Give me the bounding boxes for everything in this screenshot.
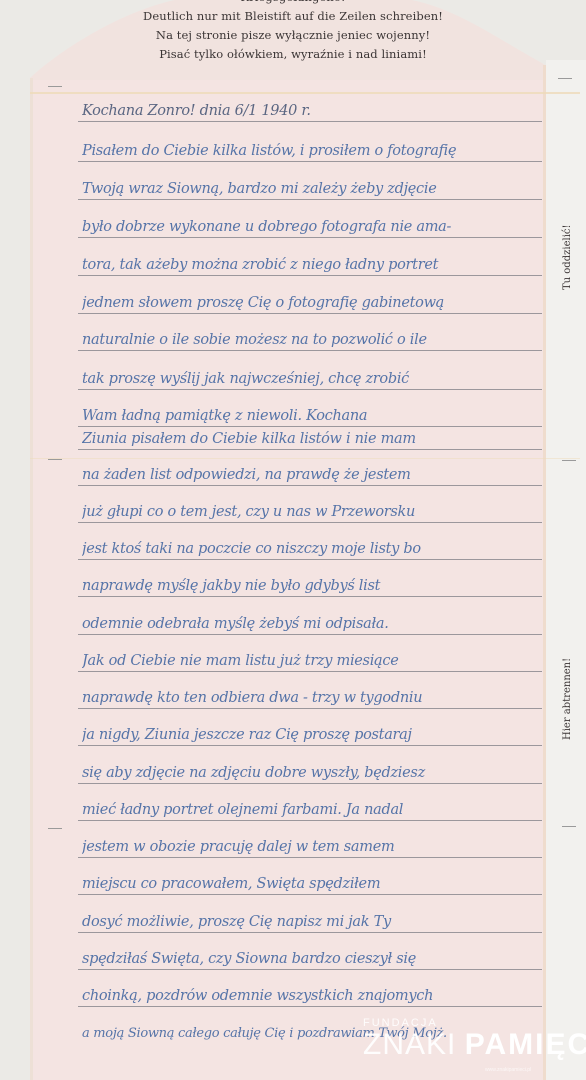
letter-line: naprawdę myślę jakby nie było gdybyś lis… [82,578,552,594]
letter-line: naprawdę kto ten odbiera dwa - trzy w ty… [82,690,552,706]
letter-line: Wam ładną pamiątkę z niewoli. Kochana [82,408,552,424]
ruled-line [78,121,542,122]
ruled-line [78,596,542,597]
letter-line: dosyć możliwie, proszę Cię napisz mi jak… [82,914,552,930]
perforation-mark [562,460,576,461]
ruled-line [78,350,542,351]
letter-line: tak proszę wyślij jak najwcześniej, chcę… [82,371,552,387]
ruled-line [78,820,542,821]
side-label-tear-here-polish: Tu oddzielić! [562,224,573,290]
letter-line: choinką, pozdrów odemnie wszystkich znaj… [82,988,552,1004]
ruled-line [78,485,542,486]
ruled-line [78,969,542,970]
letter-line: jednem słowem proszę Cię o fotografię ga… [82,295,552,311]
ruled-line [78,313,542,314]
letter-line: tora, tak ażeby można zrobić z niego ład… [82,257,552,273]
logo-word-regular: ZNAKI [363,1028,456,1061]
logo-url: www.znakipamieci.pl [485,1067,531,1073]
ruled-line [78,559,542,560]
perforation-mark [48,86,62,87]
letter-line: Twoją wraz Siowną, bardzo mi zależy żeby… [82,181,552,197]
ruled-line [78,449,542,450]
ruled-line [78,199,542,200]
ruled-line [78,932,542,933]
side-label-tear-here-german: Hier abtrennen! [562,658,573,740]
ruled-line [78,783,542,784]
letter-line: się aby zdjęcie na zdjęciu dobre wyszły,… [82,765,552,781]
instruction-line-polish-2: Pisać tylko ołówkiem, wyraźnie i nad lin… [0,45,586,64]
instruction-line-german-title: Kriegsgefangene! [0,0,586,7]
ruled-line [78,634,542,635]
ruled-line [78,522,542,523]
ruled-line [78,708,542,709]
letter-line: ja nigdy, Ziunia jeszcze raz Cię proszę … [82,727,552,743]
ruled-line [78,745,542,746]
letter-line: jestem w obozie pracuję dalej w tem same… [82,839,552,855]
ruled-line [78,161,542,162]
perforation-mark [558,78,572,79]
ruled-line [78,671,542,672]
letter-line: było dobrze wykonane u dobrego fotografa… [82,219,552,235]
perforation-mark [48,828,62,829]
instruction-line-german: Deutlich nur mit Bleistift auf die Zeile… [0,7,586,26]
perforation-mark [562,826,576,827]
letter-line: miejscu co pracowałem, Święta spędziłem [82,876,552,892]
ruled-line [78,389,542,390]
ruled-line [78,857,542,858]
letter-line: naturalnie o ile sobie możesz na to pozw… [82,332,552,348]
letter-sheet: Kriegsgefangene! Deutlich nur mit Bleist… [0,0,586,1080]
ruled-line [78,894,542,895]
letter-line: jest ktoś taki na poczcie co niszczy moj… [82,541,552,557]
letter-line: na żaden list odpowiedzi, na prawdę że j… [82,467,552,483]
ruled-line [78,1006,542,1007]
logo-word-bold: PAMIĘCI [465,1028,586,1061]
perforation-mark [48,459,62,460]
letter-line: odemnie odebrała myślę żebyś mi odpisała… [82,616,552,632]
watermark-logo: FUNDACJA ZNAKI PAMIĘCI www.znakipamieci.… [363,1017,586,1060]
letter-line: mieć ładny portret olejnemi farbami. Ja … [82,802,552,818]
letter-line: Pisałem do Ciebie kilka listów, i prosił… [82,143,552,159]
letter-line: już głupi co o tem jest, czy u nas w Prz… [82,504,552,520]
letter-line: spędziłaś Święta, czy Siowna bardzo cies… [82,951,552,967]
instruction-line-polish-1: Na tej stronie pisze wyłącznie jeniec wo… [0,26,586,45]
ruled-line [78,237,542,238]
letter-line: Jak od Ciebie nie mam listu już trzy mie… [82,653,552,669]
ruled-line [78,426,542,427]
letter-greeting-date: Kochana Żonro! dnia 6/1 1940 r. [82,103,552,119]
fold-crease-middle [30,458,580,459]
ruled-line [78,275,542,276]
fold-crease-top [30,92,580,94]
letter-line: Ziunia pisałem do Ciebie kilka listów i … [82,431,552,447]
